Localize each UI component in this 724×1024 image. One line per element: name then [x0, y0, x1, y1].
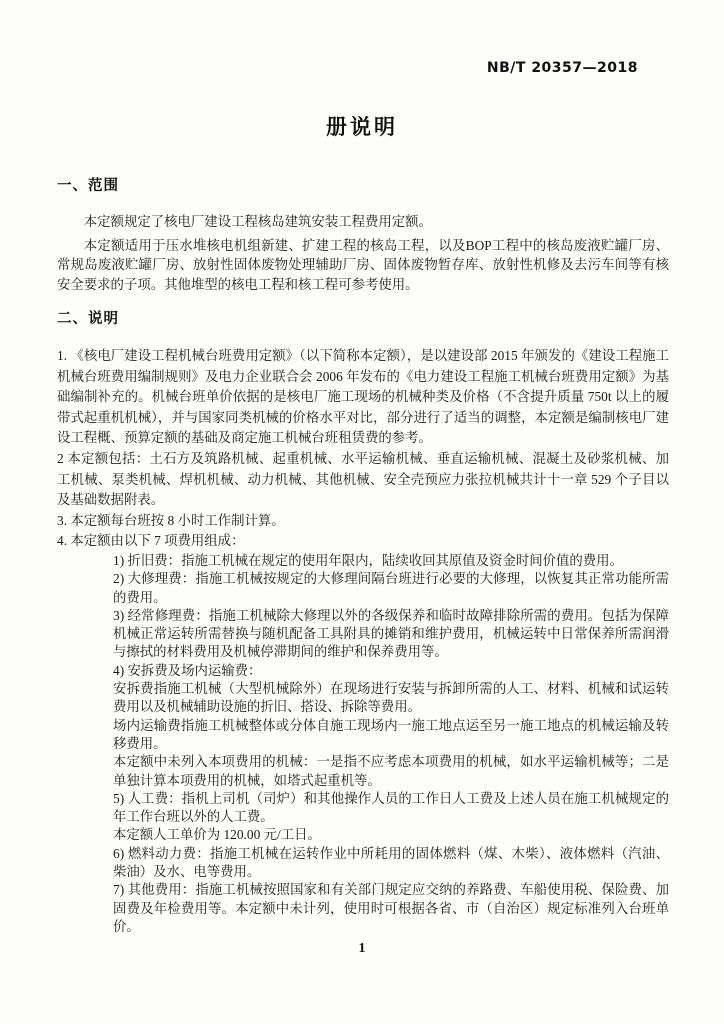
- paragraph: 本定额中未列入本项费用的机械：一是指不应考虑本项费用的机械，如水平运输机械等；二…: [113, 753, 669, 790]
- paragraph: 4. 本定额由以下 7 项费用组成：: [57, 531, 669, 552]
- page-title: 册说明: [0, 111, 724, 141]
- paragraph: 3. 本定额每台班按 8 小时工作制计算。: [57, 511, 669, 532]
- notes-paragraphs: 1. 《核电厂建设工程机械台班费用定额》（以下简称本定额），是以建设部 2015…: [57, 346, 669, 936]
- paragraph: 7) 其他费用：指施工机械按照国家和有关部门规定应交纳的养路费、车船使用税、保险…: [113, 881, 669, 936]
- paragraph: 2) 大修理费：指施工机械按规定的大修理间隔台班进行必要的大修理，以恢复其正常功…: [113, 570, 669, 607]
- paragraph: 3) 经常修理费：指施工机械除大修理以外的各级保养和临时故障排除所需的费用。包括…: [113, 607, 669, 662]
- paragraph: 1. 《核电厂建设工程机械台班费用定额》（以下简称本定额），是以建设部 2015…: [57, 346, 669, 449]
- document-body: 一、范围 本定额规定了核电厂建设工程核岛建筑安装工程费用定额。本定额适用于压水堆…: [57, 178, 669, 936]
- paragraph: 本定额适用于压水堆核电机组新建、扩建工程的核岛工程，以及BOP工程中的核岛废液贮…: [57, 236, 669, 295]
- paragraph: 场内运输费指施工机械整体或分体自施工现场内一施工地点运至另一施工地点的机械运输及…: [113, 717, 669, 754]
- section-heading-scope: 一、范围: [57, 178, 669, 194]
- paragraph: 1) 折旧费：指施工机械在规定的使用年限内，陆续收回其原值及资金时间价值的费用。: [113, 552, 669, 570]
- page-number: 1: [0, 941, 724, 957]
- paragraph: 安拆费指施工机械（大型机械除外）在现场进行安装与拆卸所需的人工、材料、机械和试运…: [113, 680, 669, 717]
- paragraph: 本定额人工单价为 120.00 元/工日。: [113, 826, 669, 844]
- standard-code: NB/T 20357—2018: [487, 60, 638, 76]
- scope-paragraphs: 本定额规定了核电厂建设工程核岛建筑安装工程费用定额。本定额适用于压水堆核电机组新…: [57, 212, 669, 294]
- paragraph: 5) 人工费：指机上司机（司炉）和其他操作人员的工作日人工费及上述人员在施工机械…: [113, 790, 669, 827]
- document-page: NB/T 20357—2018 册说明 一、范围 本定额规定了核电厂建设工程核岛…: [0, 0, 724, 1024]
- paragraph: 本定额规定了核电厂建设工程核岛建筑安装工程费用定额。: [57, 212, 669, 232]
- section-heading-notes: 二、说明: [57, 311, 669, 327]
- paragraph: 4) 安拆费及场内运输费：: [113, 662, 669, 680]
- paragraph: 2 本定额包括：土石方及筑路机械、起重机械、水平运输机械、垂直运输机械、混凝土及…: [57, 449, 669, 511]
- paragraph: 6) 燃料动力费：指施工机械在运转作业中所耗用的固体燃料（煤、木柴）、液体燃料（…: [113, 845, 669, 882]
